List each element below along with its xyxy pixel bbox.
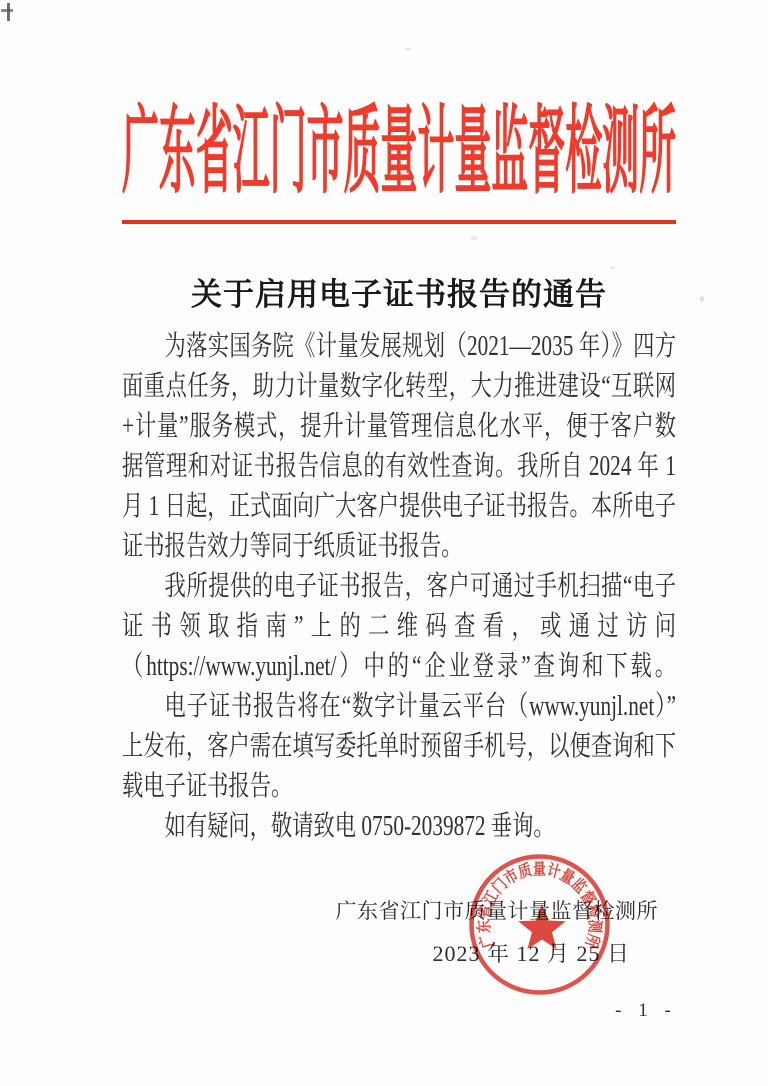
body-line: +计量”服务模式，提升计量管理信息化水平，便于客户数: [122, 407, 676, 447]
body-line: 我所提供的电子证书报告，客户可通过手机扫描“电子: [122, 567, 676, 607]
scan-artifact: [470, 236, 478, 240]
letterhead: 广东省江门市质量计量监督检测所: [0, 92, 768, 212]
seal-star: [518, 904, 566, 949]
body-line: 月 1 日起，正式面向广大客户提供电子证书报告。本所电子: [122, 487, 676, 527]
body-line: （https://www.yunjl.net/）中的“企业登录”查询和下载。: [122, 647, 676, 687]
body-line: 证书报告效力等同于纸质证书报告。: [122, 527, 676, 567]
body-line: 上发布，客户需在填写委托单时预留手机号，以便查询和下: [122, 727, 676, 767]
page-number: - 1 -: [604, 1000, 688, 1022]
body-line: 据管理和对证书报告信息的有效性查询。我所自 2024 年 1: [122, 447, 676, 487]
notice-title: 关于启用电子证书报告的通告: [122, 269, 676, 314]
letterhead-title: 广东省江门市质量计量监督检测所: [122, 98, 676, 205]
body-line: 面重点任务，助力计量数字化转型，大力推进建设“互联网: [122, 367, 676, 407]
body-line: 电子证书报告将在“数字计量云平台（www.yunjl.net）”: [122, 687, 676, 727]
document-page: 广东省江门市质量计量监督检测所 关于启用电子证书报告的通告 为落实国务院《计量发…: [0, 0, 768, 1086]
scan-corner-mark: [1, 9, 13, 12]
official-seal: 广东省江门市质量计量监督检测所: [466, 851, 613, 998]
body-line: 载电子证书报告。: [122, 767, 676, 807]
body-line: 证书领取指南”上的二维码查看，或通过访问: [122, 607, 676, 647]
body-line: 为落实国务院《计量发展规划（2021—2035 年）》四方: [122, 327, 676, 367]
scan-corner-mark: [7, 3, 10, 21]
scan-artifact: [700, 296, 704, 302]
body-line: 如有疑问，敬请致电 0750-2039872 垂询。: [122, 807, 676, 847]
scan-artifact: [405, 48, 411, 51]
notice-body: 为落实国务院《计量发展规划（2021—2035 年）》四方 面重点任务，助力计量…: [122, 327, 768, 847]
red-divider-line: [122, 220, 676, 224]
